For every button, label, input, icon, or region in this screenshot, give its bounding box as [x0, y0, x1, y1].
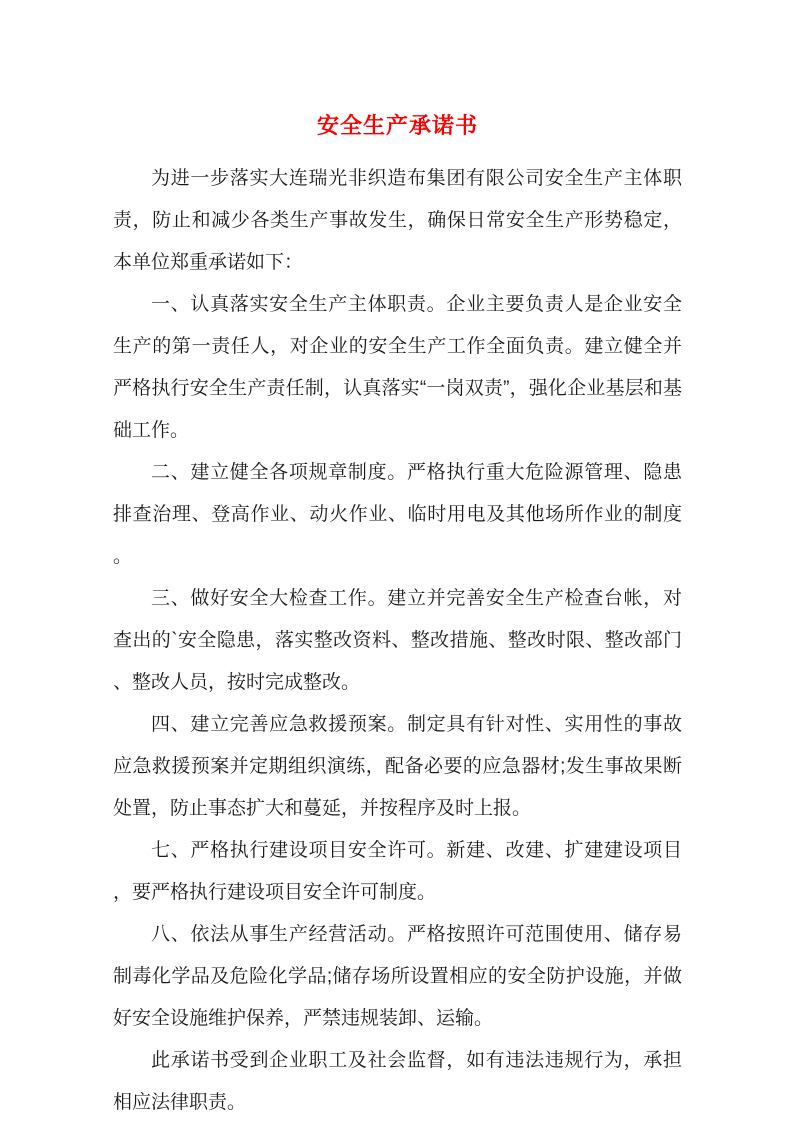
paragraph-item-8: 八、依法从事生产经营活动。严格按照许可范围使用、储存易制毒化学品及危险化学品;储…: [113, 914, 682, 1040]
document-body: 为进一步落实大连瑞光非织造布集团有限公司安全生产主体职责，防止和减少各类生产事故…: [113, 158, 682, 1123]
document-title: 安全生产承诺书: [113, 110, 682, 142]
paragraph-item-7: 七、严格执行建设项目安全许可。新建、改建、扩建建设项目，要严格执行建设项目安全许…: [113, 830, 682, 914]
paragraph-intro: 为进一步落实大连瑞光非织造布集团有限公司安全生产主体职责，防止和减少各类生产事故…: [113, 158, 682, 284]
document-page: 安全生产承诺书 为进一步落实大连瑞光非织造布集团有限公司安全生产主体职责，防止和…: [0, 0, 794, 1123]
paragraph-item-3: 三、做好安全大检查工作。建立并完善安全生产检查台帐，对查出的`安全隐患，落实整改…: [113, 578, 682, 704]
paragraph-item-2: 二、建立健全各项规章制度。严格执行重大危险源管理、隐患排查治理、登高作业、动火作…: [113, 452, 682, 578]
paragraph-item-1: 一、认真落实安全生产主体职责。企业主要负责人是企业安全生产的第一责任人，对企业的…: [113, 284, 682, 452]
paragraph-item-4: 四、建立完善应急救援预案。制定具有针对性、实用性的事故应急救援预案并定期组织演练…: [113, 704, 682, 830]
paragraph-closing: 此承诺书受到企业职工及社会监督，如有违法违规行为，承担相应法律职责。: [113, 1040, 682, 1123]
